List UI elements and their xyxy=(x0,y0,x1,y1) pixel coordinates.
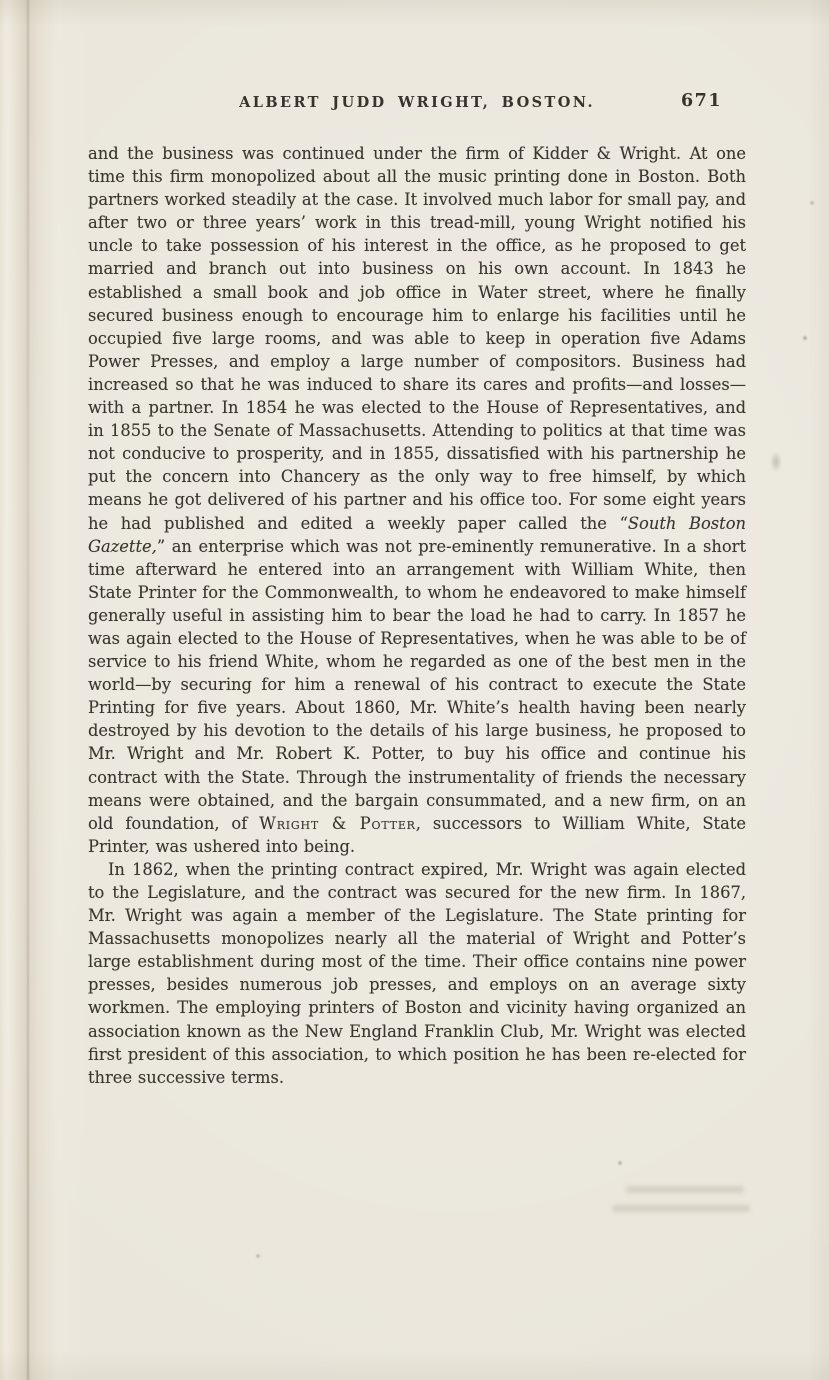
page-header: ALBERT JUDD WRIGHT, BOSTON. 671 xyxy=(88,94,746,118)
page-showthrough xyxy=(612,1186,760,1224)
paragraph: In 1862, when the printing contract expi… xyxy=(88,858,746,1089)
paragraph: and the business was continued under the… xyxy=(88,142,746,858)
running-title: ALBERT JUDD WRIGHT, BOSTON. xyxy=(88,94,746,111)
text-segment-normal: and the business was continued under the… xyxy=(88,144,746,533)
showthrough-mark xyxy=(612,1205,750,1212)
scanned-book-page: ALBERT JUDD WRIGHT, BOSTON. 671 and the … xyxy=(0,0,829,1380)
showthrough-mark xyxy=(626,1186,744,1193)
text-segment-normal: In 1862, when the printing contract expi… xyxy=(88,860,746,1087)
binding-crease xyxy=(27,0,29,1380)
text-segment-normal: ” an enterprise which was not pre-eminen… xyxy=(88,537,746,833)
text-segment-smallcaps: Wright & Potter xyxy=(259,814,416,833)
page-number: 671 xyxy=(681,91,722,111)
page-body: and the business was continued under the… xyxy=(88,142,746,1089)
